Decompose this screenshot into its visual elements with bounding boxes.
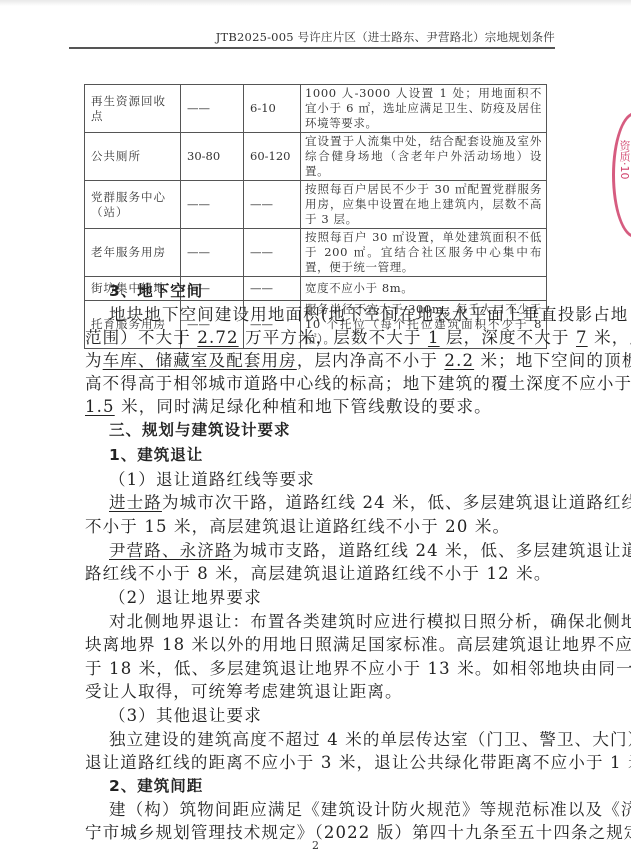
paragraph-line: 地块地下空间建设用地面积(地下空间在地表水平面上垂直投影占地 (109, 303, 557, 326)
table-row: 老年服务用房 —— —— 按照每百户 30 ㎡设置，单处建筑面积不低于 200 … (85, 229, 547, 277)
paragraph-line: 受让人取得，可统筹考虑建筑退让距离。 (85, 680, 557, 703)
underground-area-value: 2.72 (197, 328, 238, 347)
text-run: 为城市次干路，道路红线 24 米，低、多层建筑退让道路红线 (162, 493, 631, 512)
text-run: 米；地下空间的顶板标 (481, 351, 631, 370)
facility-description: 1000 人-3000 人设置 1 处；用地面积不宜小于 6 ㎡，选址应满足卫生… (301, 85, 547, 133)
text-run: 米，同时满足绿化种植和地下管线敷设的要求。 (121, 397, 492, 416)
facility-description: 宜设置于人流集中处，结合配套设施及室外综合健身场地（含老年户外活动场地）设置。 (301, 133, 547, 181)
section-heading-setback: 1、建筑退让 (109, 444, 557, 467)
facility-value-1: 30-80 (181, 133, 244, 181)
paragraph-line: 范围）不大于 2.72 万平方米，层数不大于 1 层，深度不大于 7 米，用途 (85, 326, 557, 349)
underground-clear-height-value: 2.2 (444, 351, 474, 370)
paragraph-line: 高不得高于相邻城市道路中心线的标高；地下建筑的覆土深度不应小于 (85, 372, 557, 395)
running-header-title: JTB2025-005 号许庄片区（进士路东、尹营路北）宗地规划条件 (216, 29, 555, 45)
table-row: 公共厕所 30-80 60-120 宜设置于人流集中处，结合配套设施及室外综合健… (85, 133, 547, 181)
facility-value-2: —— (244, 181, 301, 229)
paragraph-line: 于 18 米，低、多层建筑退让地界不应小于 13 米。如相邻地块由同一土地 (85, 657, 557, 680)
paragraph-line: 尹营路、永济路为城市支路，道路红线 24 米，低、多层建筑退让道 (109, 539, 557, 562)
text-run: 层，深度不大于 (446, 328, 570, 347)
paragraph-line: 不小于 15 米，高层建筑退让道路红线不小于 20 米。 (85, 515, 557, 538)
facility-value-2: 6-10 (244, 85, 301, 133)
part-heading-planning: 三、规划与建筑设计要求 (109, 419, 557, 442)
text-run: 范围）不大于 (85, 328, 191, 347)
facility-value-1: —— (181, 85, 244, 133)
facility-value-2: —— (244, 229, 301, 277)
cover-depth-value: 1.5 (85, 397, 115, 416)
facility-value-2: 60-120 (244, 133, 301, 181)
subsection-heading-boundary-setback: （2）退让地界要求 (109, 586, 557, 609)
text-run: 为城市支路，道路红线 24 米，低、多层建筑退让道 (233, 541, 631, 560)
scan-edge-shade (0, 0, 631, 6)
text-run: ，层内净高不小于 (297, 351, 438, 370)
underground-use-value: 车库、储藏室及配套用房 (103, 351, 297, 370)
paragraph-line: 对北侧地界退让：布置各类建筑时应进行模拟日照分析，确保北侧地 (109, 610, 557, 633)
paragraph-line: 独立建设的建筑高度不超过 4 米的单层传达室（门卫、警卫、大门） (109, 728, 557, 751)
paragraph-line: 块离地界 18 米以外的用地日照满足国家标准。高层建筑退让地界不应小 (85, 633, 557, 656)
paragraph-line: 路红线不小于 8 米，高层建筑退让道路红线不小于 12 米。 (85, 562, 557, 585)
facility-name: 老年服务用房 (85, 229, 181, 277)
facility-name: 再生资源回收点 (85, 85, 181, 133)
section-heading-underground: 3、地下空间 (109, 280, 557, 303)
road-name: 尹营路、永济路 (109, 541, 233, 560)
facility-description: 按照每百户居民不少于 30 ㎡配置党群服务用房，应集中设置在地上建筑内，层数不高… (301, 181, 547, 229)
paragraph-line: 退让道路红线的距离不应小于 3 米，退让公共绿化带距离不应小于 1 米。 (85, 751, 557, 774)
subsection-heading-other-setback: （3）其他退让要求 (109, 704, 557, 727)
section-heading-spacing: 2、建筑间距 (109, 775, 557, 798)
subsection-heading-road-setback: （1）退让道路红线等要求 (109, 468, 557, 491)
road-name: 进士路 (109, 493, 162, 512)
text-run: 万平方米，层数不大于 (245, 328, 422, 347)
header-rule (69, 47, 555, 49)
text-run: 为 (85, 351, 103, 370)
facility-description: 按照每百户 30 ㎡设置，单处建筑面积不低于 200 ㎡。宜结合社区服务中心集中… (301, 229, 547, 277)
facility-value-1: —— (181, 229, 244, 277)
facility-value-1: —— (181, 181, 244, 229)
text-run: 米，用途 (594, 328, 631, 347)
paragraph-line: 建（构）筑物间距应满足《建筑设计防火规范》等规范标准以及《济 (109, 798, 557, 821)
facility-name: 党群服务中心（站） (85, 181, 181, 229)
paragraph-line: 为车库、储藏室及配套用房，层内净高不小于 2.2 米；地下空间的顶板标 (85, 349, 557, 372)
page-number: 2 (0, 839, 631, 852)
seal-text: 资质·10 (617, 140, 631, 180)
paragraph-line: 1.5 米，同时满足绿化种植和地下管线敷设的要求。 (85, 395, 557, 418)
table-row: 党群服务中心（站） —— —— 按照每百户居民不少于 30 ㎡配置党群服务用房，… (85, 181, 547, 229)
table-row: 再生资源回收点 —— 6-10 1000 人-3000 人设置 1 处；用地面积… (85, 85, 547, 133)
facility-name: 公共厕所 (85, 133, 181, 181)
paragraph-line: 进士路为城市次干路，道路红线 24 米，低、多层建筑退让道路红线 (109, 491, 557, 514)
underground-depth-value: 7 (576, 328, 588, 347)
underground-floors-value: 1 (428, 328, 440, 347)
